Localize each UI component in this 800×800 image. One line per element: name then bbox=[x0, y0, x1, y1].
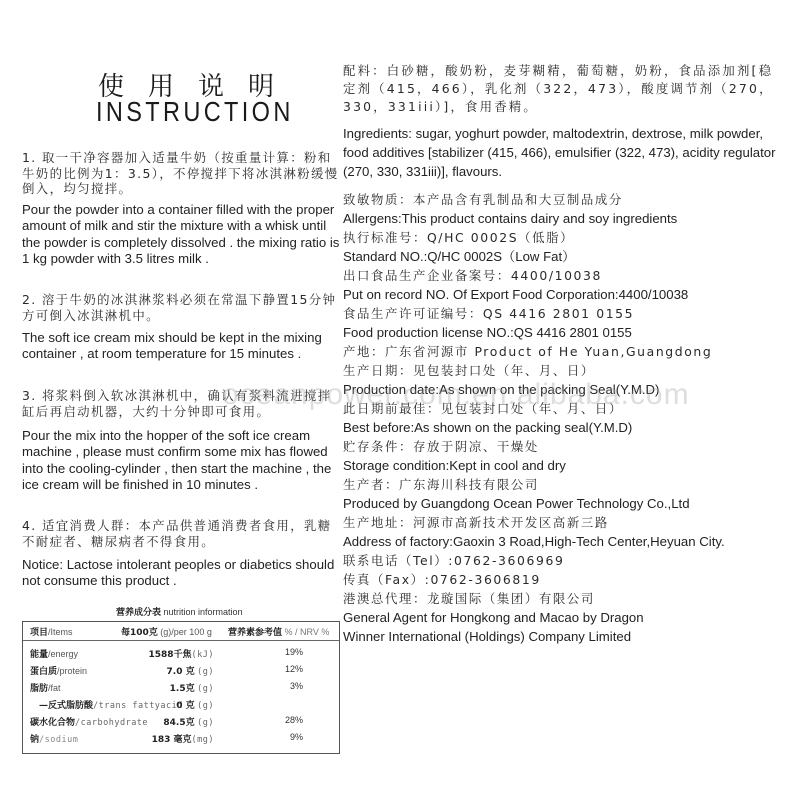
nutrition-row-protein: 蛋白质/protein 7.0 克 (g) 12% bbox=[23, 663, 339, 680]
header-nrv-en: % / NRV % bbox=[282, 627, 329, 637]
production-date-en: Production date:As shown on the packing … bbox=[343, 381, 659, 399]
nutrition-row-fat: 脂肪/fat 1.5克 (g) 3% bbox=[23, 680, 339, 697]
storage-en: Storage condition:Kept in cool and dry bbox=[343, 457, 566, 475]
row-amount: 1588千焦 bbox=[148, 650, 191, 660]
factory-address-cn: 生产地址：河源市高新技术开发区高新三路 bbox=[343, 514, 609, 532]
row-nrv: 12% bbox=[285, 664, 303, 674]
row-name-en: /carbohydrate bbox=[75, 718, 148, 728]
allergens-en: Allergens:This product contains dairy an… bbox=[343, 210, 677, 228]
row-name-en: /fat bbox=[48, 683, 61, 693]
row-amount: 7.0 克 bbox=[167, 667, 195, 677]
row-amount: 183 毫克 bbox=[152, 735, 192, 745]
instruction-3-cn: 3. 将浆料倒入软冰淇淋机中，确认有浆料流进搅拌缸后再启动机器，大约十分钟即可食… bbox=[22, 388, 340, 419]
header-items: 项目/Items bbox=[30, 625, 73, 638]
allergens-cn: 致敏物质：本产品含有乳制品和大豆制品成分 bbox=[343, 191, 623, 209]
header-per100g-en: (g)/per 100 g bbox=[158, 627, 212, 637]
row-name-cn: —反式脂肪酸 bbox=[39, 701, 93, 711]
row-name-en: /sodium bbox=[39, 735, 78, 745]
instruction-4-cn: 4. 适宜消费人群：本产品供普通消费者食用，乳糖不耐症者、糖尿病者不得食用。 bbox=[22, 518, 340, 549]
row-amount: 84.5克 bbox=[163, 718, 194, 728]
row-unit: (g) bbox=[197, 701, 214, 711]
row-unit: (mg) bbox=[192, 735, 214, 745]
header-per100g: 每100克 (g)/per 100 g bbox=[121, 625, 212, 638]
standard-no-cn: 执行标准号：Q/HC 0002S（低脂） bbox=[343, 229, 574, 247]
nutrition-caption-cn: 营养成分表 bbox=[116, 608, 161, 618]
export-record-en: Put on record NO. Of Export Food Corpora… bbox=[343, 286, 688, 304]
nutrition-caption-en: nutrition information bbox=[164, 607, 243, 617]
row-name-cn: 能量 bbox=[30, 650, 48, 660]
row-unit: (g) bbox=[197, 718, 214, 728]
hk-macao-agent-cn: 港澳总代理：龙璇国际（集团）有限公司 bbox=[343, 590, 595, 608]
header-nrv-cn: 营养素参考值 bbox=[228, 628, 282, 638]
hk-macao-agent-en-1: General Agent for Hongkong and Macao by … bbox=[343, 609, 644, 627]
instruction-2-cn: 2. 溶于牛奶的冰淇淋浆料必须在常温下静置15分钟方可倒入冰淇淋机中。 bbox=[22, 292, 340, 323]
row-amount: 0 克 bbox=[176, 701, 194, 711]
title-english: INSTRUCTION bbox=[96, 96, 294, 128]
nutrition-row-trans-fat: —反式脂肪酸/trans fattyacid 0 克 (g) bbox=[23, 697, 339, 714]
license-cn: 食品生产许可证编号：QS 4416 2801 0155 bbox=[343, 305, 634, 323]
instruction-4-en: Notice: Lactose intolerant peoples or di… bbox=[22, 557, 340, 590]
factory-address-en: Address of factory:Gaoxin 3 Road,High-Te… bbox=[343, 533, 725, 551]
origin: 产地：广东省河源市 Product of He Yuan,Guangdong bbox=[343, 343, 712, 361]
row-name-cn: 碳水化合物 bbox=[30, 718, 75, 728]
instruction-1-en: Pour the powder into a container filled … bbox=[22, 202, 340, 267]
nutrition-row-carbohydrate: 碳水化合物/carbohydrate 84.5克 (g) 28% bbox=[23, 714, 339, 731]
row-unit: (g) bbox=[197, 684, 214, 694]
row-nrv: 19% bbox=[285, 647, 303, 657]
header-items-cn: 项目 bbox=[30, 628, 48, 638]
row-amount: 1.5克 bbox=[170, 684, 195, 694]
row-nrv: 9% bbox=[290, 732, 303, 742]
row-name-cn: 脂肪 bbox=[30, 684, 48, 694]
producer-cn: 生产者：广东海川科技有限公司 bbox=[343, 476, 539, 494]
instruction-1-cn: 1. 取一干净容器加入适量牛奶（按重量计算：粉和牛奶的比例为1：3.5），不停搅… bbox=[22, 150, 340, 197]
telephone: 联系电话（Tel）:0762-3606969 bbox=[343, 552, 564, 570]
producer-en: Produced by Guangdong Ocean Power Techno… bbox=[343, 495, 690, 513]
row-name-cn: 蛋白质 bbox=[30, 667, 57, 677]
header-items-en: /Items bbox=[48, 627, 73, 637]
header-nrv: 营养素参考值 % / NRV % bbox=[228, 625, 329, 638]
nutrition-table-header: 项目/Items 每100克 (g)/per 100 g 营养素参考值 % / … bbox=[23, 622, 339, 641]
nutrition-row-energy: 能量/energy 1588千焦(kJ) 19% bbox=[23, 646, 339, 663]
storage-cn: 贮存条件：存放于阴凉、干燥处 bbox=[343, 438, 539, 456]
ingredients-en: Ingredients: sugar, yoghurt powder, malt… bbox=[343, 124, 783, 181]
row-unit: (g) bbox=[197, 667, 214, 677]
hk-macao-agent-en-2: Winner International (Holdings) Company … bbox=[343, 628, 631, 646]
best-before-cn: 此日期前最佳：见包装封口处（年、月、日） bbox=[343, 400, 623, 418]
best-before-en: Best before:As shown on the packing seal… bbox=[343, 419, 632, 437]
export-record-cn: 出口食品生产企业备案号：4400/10038 bbox=[343, 267, 602, 285]
license-en: Food production license NO.:QS 4416 2801… bbox=[343, 324, 632, 342]
row-name-en: /energy bbox=[48, 649, 78, 659]
row-name-en: /trans fattyacid bbox=[93, 701, 183, 711]
production-date-cn: 生产日期：见包装封口处（年、月、日） bbox=[343, 362, 595, 380]
instruction-2-en: The soft ice cream mix should be kept in… bbox=[22, 330, 340, 363]
row-nrv: 28% bbox=[285, 715, 303, 725]
row-unit: (kJ) bbox=[192, 650, 214, 660]
row-nrv: 3% bbox=[290, 681, 303, 691]
row-name-en: /protein bbox=[57, 666, 87, 676]
header-per100g-cn: 每100克 bbox=[121, 628, 158, 638]
fax: 传真（Fax）:0762-3606819 bbox=[343, 571, 541, 589]
standard-no-en: Standard NO.:Q/HC 0002S（Low Fat） bbox=[343, 248, 575, 266]
instruction-3-en: Pour the mix into the hopper of the soft… bbox=[22, 428, 340, 493]
nutrition-table: 项目/Items 每100克 (g)/per 100 g 营养素参考值 % / … bbox=[22, 621, 340, 754]
nutrition-row-sodium: 钠/sodium 183 毫克(mg) 9% bbox=[23, 731, 339, 748]
ingredients-cn: 配料：白砂糖，酸奶粉，麦芽糊精，葡萄糖，奶粉，食品添加剂[稳定剂（415，466… bbox=[343, 62, 783, 116]
row-name-cn: 钠 bbox=[30, 735, 39, 745]
nutrition-caption: 营养成分表 nutrition information bbox=[116, 605, 243, 618]
